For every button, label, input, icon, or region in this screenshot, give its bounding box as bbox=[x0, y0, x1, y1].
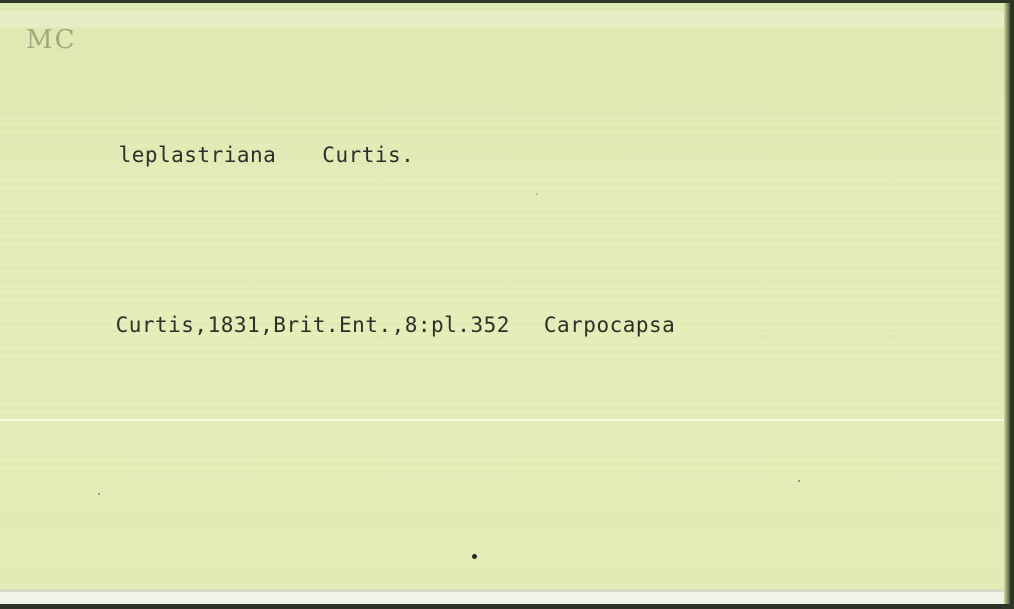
scan-artifact-line bbox=[0, 419, 1010, 421]
ink-speck bbox=[798, 480, 800, 482]
card-bottom-edge bbox=[0, 589, 1010, 604]
reference-line: Curtis,1831,Brit.Ent.,8:pl.352Carpocapsa bbox=[63, 289, 675, 361]
ink-speck bbox=[472, 554, 477, 559]
ink-speck bbox=[98, 493, 100, 495]
citation: Curtis,1831,Brit.Ent.,8:pl.352 bbox=[116, 313, 510, 337]
index-card: MC leplastrianaCurtis. Curtis,1831,Brit.… bbox=[0, 3, 1010, 604]
ink-speck bbox=[536, 193, 538, 195]
species-author: Curtis. bbox=[322, 143, 414, 167]
card-top-band bbox=[0, 11, 1010, 27]
genus-name: Carpocapsa bbox=[544, 313, 675, 337]
collection-stamp: MC bbox=[26, 25, 77, 55]
species-name: leplastriana bbox=[119, 143, 277, 167]
species-name-line: leplastrianaCurtis. bbox=[66, 119, 414, 191]
